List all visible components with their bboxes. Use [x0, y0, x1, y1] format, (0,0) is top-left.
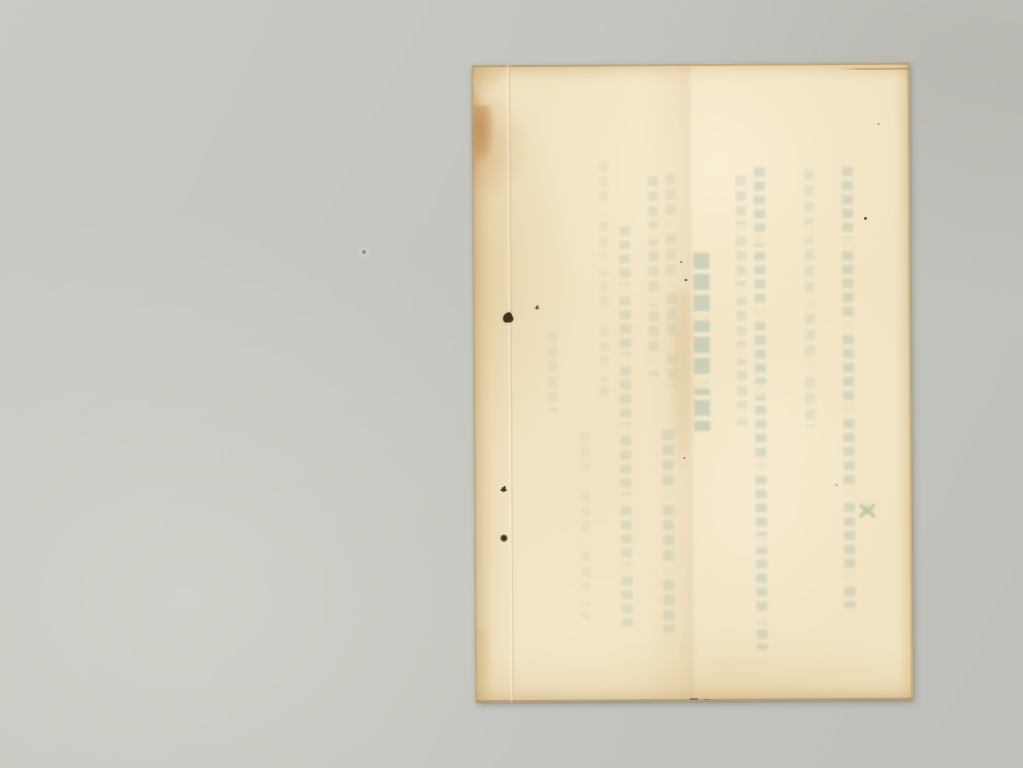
- ink-speck: [680, 261, 682, 263]
- ink-speck: [683, 457, 685, 459]
- bleedthrough-text-column: [804, 169, 816, 427]
- bleedthrough-text-column: [648, 176, 659, 376]
- rust-edge-band: [472, 93, 479, 185]
- binding-hole-round: [500, 534, 508, 542]
- document-page: [472, 63, 913, 703]
- fold-foot-shade: [475, 625, 489, 703]
- bleedthrough-text-column: [548, 332, 557, 412]
- bleedthrough-text-column: [842, 167, 856, 608]
- edge-dirt: [704, 699, 709, 700]
- bleedthrough-text-column: [580, 432, 590, 620]
- bleedthrough-text-column: [662, 430, 674, 632]
- ink-speck: [536, 306, 539, 309]
- ink-speck: [864, 217, 867, 220]
- center-fold-shading: [640, 64, 694, 701]
- edge-dirt: [690, 698, 698, 700]
- faint-kanji-glyph: [860, 503, 875, 520]
- binding-hole-star: [502, 487, 506, 491]
- bleedthrough-text-column: [693, 253, 710, 431]
- binding-hole-hook: [501, 311, 514, 323]
- ink-speck: [877, 123, 879, 125]
- bleedthrough-text-column: [736, 176, 748, 426]
- scan-backdrop: [0, 0, 1023, 768]
- bleedthrough-text-column: [666, 174, 677, 386]
- center-tan-streak: [672, 292, 693, 467]
- corner-tinge: [472, 65, 502, 91]
- binding-crease: [507, 65, 514, 702]
- ink-speck: [684, 279, 687, 281]
- bleedthrough-text-column: [754, 168, 768, 650]
- bleedthrough-text-column: [619, 226, 632, 626]
- ink-speck: [836, 484, 838, 486]
- underlying-page-edge: [840, 68, 909, 70]
- bleedthrough-text-column: [599, 162, 609, 400]
- dust-speck: [362, 250, 366, 254]
- rust-stain-top-left: [473, 105, 493, 161]
